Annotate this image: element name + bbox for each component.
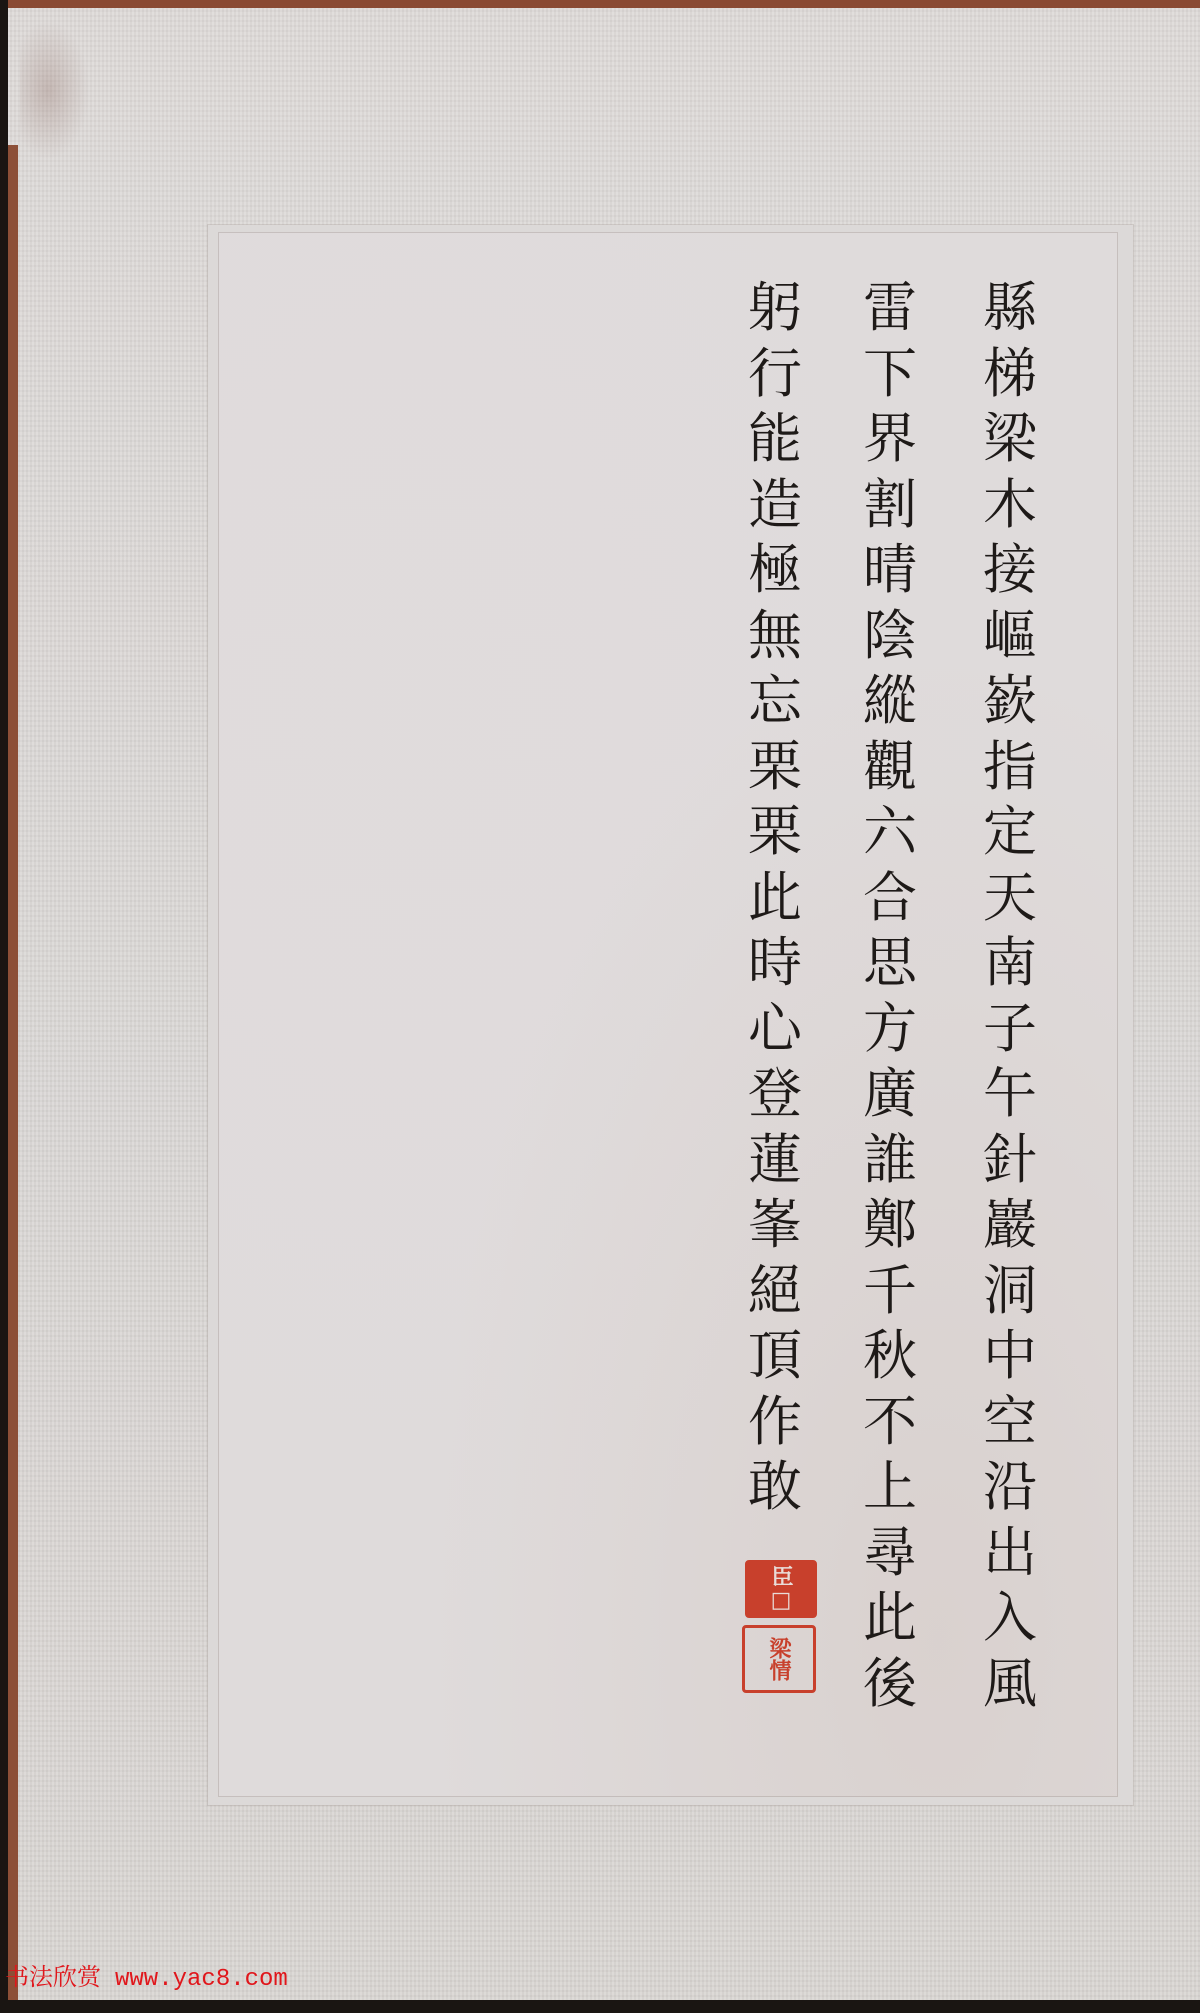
glyph: 尋 — [855, 1520, 925, 1586]
glyph: 晴 — [855, 537, 925, 603]
glyph: 巖 — [975, 1192, 1045, 1258]
glyph: 能 — [740, 406, 810, 472]
seal-stamp-relief: 臣□ — [745, 1560, 817, 1618]
glyph: 誰 — [855, 1127, 925, 1193]
glyph: 鄭 — [855, 1192, 925, 1258]
glyph: 空 — [975, 1389, 1045, 1455]
glyph: 子 — [975, 996, 1045, 1062]
glyph: 縱 — [855, 668, 925, 734]
glyph: 不 — [855, 1389, 925, 1455]
glyph: 木 — [975, 472, 1045, 538]
glyph: 出 — [975, 1520, 1045, 1586]
glyph: 縣 — [975, 275, 1045, 341]
glyph: 方 — [855, 996, 925, 1062]
glyph: 接 — [975, 537, 1045, 603]
glyph: 思 — [855, 930, 925, 996]
stain-mark — [20, 20, 90, 160]
glyph: 合 — [855, 865, 925, 931]
glyph: 下 — [855, 341, 925, 407]
glyph: 天 — [975, 865, 1045, 931]
glyph: 躬 — [740, 275, 810, 341]
glyph: 指 — [975, 734, 1045, 800]
site-watermark: 书法欣赏www.yac8.com — [5, 1963, 288, 1994]
glyph: 嶔 — [975, 668, 1045, 734]
top-binding-edge — [8, 0, 1200, 8]
glyph: 南 — [975, 930, 1045, 996]
glyph: 廣 — [855, 1061, 925, 1127]
glyph: 洞 — [975, 1258, 1045, 1324]
glyph: 沿 — [975, 1454, 1045, 1520]
text-column-3: 躬 行 能 造 極 無 忘 栗 栗 此 時 心 登 蓮 峯 絕 頂 作 敢 — [740, 275, 810, 1520]
glyph: 蓮 — [740, 1127, 810, 1193]
glyph: 無 — [740, 603, 810, 669]
glyph: 梁 — [975, 406, 1045, 472]
glyph: 嶇 — [975, 603, 1045, 669]
watermark-title: 书法欣赏 — [5, 1963, 101, 1991]
glyph: 造 — [740, 472, 810, 538]
glyph: 中 — [975, 1323, 1045, 1389]
glyph: 後 — [855, 1651, 925, 1717]
seal-stamp-intaglio: 梁情 — [742, 1625, 816, 1693]
glyph: 敢 — [740, 1454, 810, 1520]
glyph: 栗 — [740, 734, 810, 800]
glyph: 絕 — [740, 1258, 810, 1324]
glyph: 時 — [740, 930, 810, 996]
glyph: 午 — [975, 1061, 1045, 1127]
glyph: 忘 — [740, 668, 810, 734]
glyph: 行 — [740, 341, 810, 407]
left-binding-edge — [8, 145, 18, 2000]
glyph: 陰 — [855, 603, 925, 669]
glyph: 秋 — [855, 1323, 925, 1389]
glyph: 界 — [855, 406, 925, 472]
glyph: 上 — [855, 1454, 925, 1520]
glyph: 觀 — [855, 734, 925, 800]
glyph: 頂 — [740, 1323, 810, 1389]
glyph: 作 — [740, 1389, 810, 1455]
glyph: 針 — [975, 1127, 1045, 1193]
glyph: 栗 — [740, 799, 810, 865]
glyph: 登 — [740, 1061, 810, 1127]
glyph: 極 — [740, 537, 810, 603]
glyph: 六 — [855, 799, 925, 865]
glyph: 心 — [740, 996, 810, 1062]
glyph: 千 — [855, 1258, 925, 1324]
glyph: 峯 — [740, 1192, 810, 1258]
glyph: 入 — [975, 1585, 1045, 1651]
glyph: 風 — [975, 1651, 1045, 1717]
glyph: 此 — [740, 865, 810, 931]
seal-text: 梁情 — [767, 1637, 791, 1681]
text-column-2: 雷 下 界 割 晴 陰 縱 觀 六 合 思 方 廣 誰 鄭 千 秋 不 上 尋 … — [855, 275, 925, 1716]
glyph: 此 — [855, 1585, 925, 1651]
glyph: 割 — [855, 472, 925, 538]
glyph: 雷 — [855, 275, 925, 341]
seal-text: 臣□ — [769, 1565, 793, 1613]
glyph: 梯 — [975, 341, 1045, 407]
glyph: 定 — [975, 799, 1045, 865]
text-column-1: 縣 梯 梁 木 接 嶇 嶔 指 定 天 南 子 午 針 巖 洞 中 空 沿 出 … — [975, 275, 1045, 1716]
watermark-url: www.yac8.com — [115, 1966, 288, 1993]
